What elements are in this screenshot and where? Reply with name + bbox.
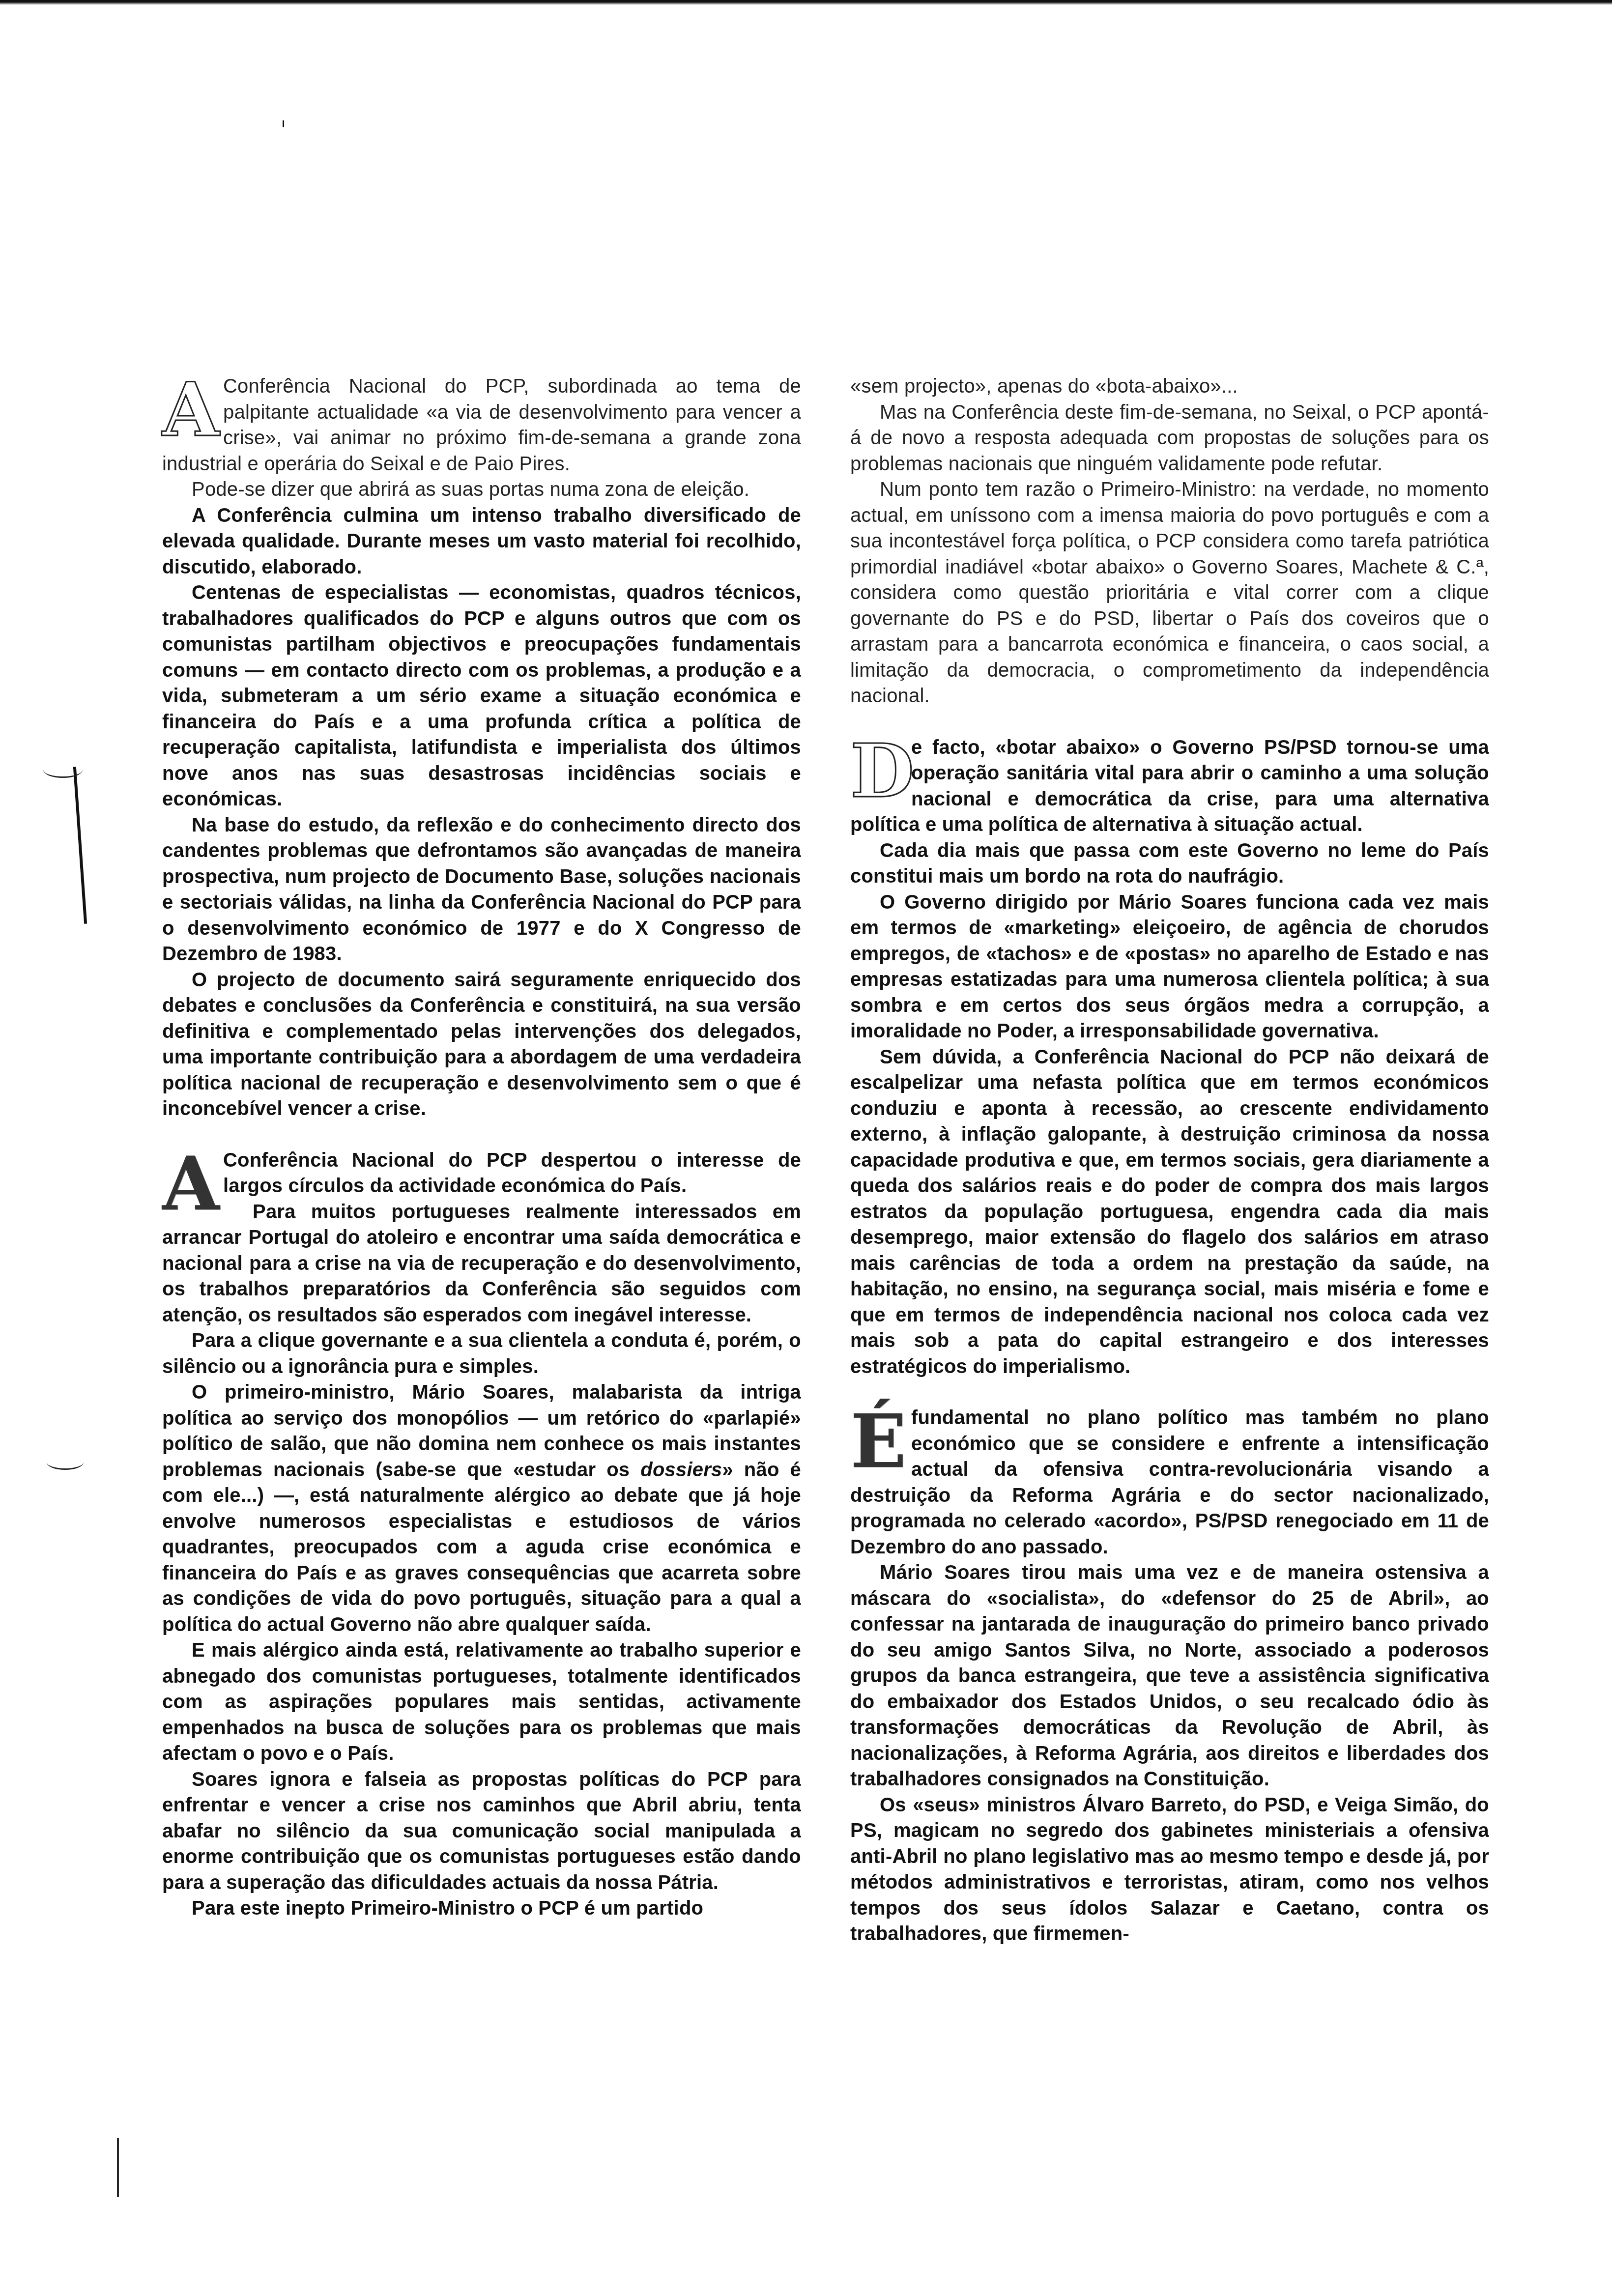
paragraph-text: fundamental no plano político mas também… — [850, 1407, 1489, 1558]
dropcap: D — [850, 737, 904, 810]
paragraph: O Governo dirigido por Mário Soares func… — [850, 890, 1489, 1044]
margin-curve-mark — [47, 1455, 84, 1470]
paragraph: O projecto de documento sairá segurament… — [162, 967, 801, 1122]
dropcap: A — [162, 1149, 216, 1223]
section-break: D e facto, «botar abaixo» o Governo PS/P… — [850, 735, 1489, 838]
paragraph: Para muitos portugueses realmente intere… — [162, 1199, 801, 1328]
paragraph: Pode-se dizer que abrirá as suas portas … — [162, 477, 801, 503]
paragraph: O primeiro-ministro, Mário Soares, malab… — [162, 1379, 801, 1637]
dropcap: A — [162, 375, 216, 449]
paragraph: Para a clique governante e a sua cliente… — [162, 1328, 801, 1379]
paragraph: Sem dúvida, a Conferência Nacional do PC… — [850, 1044, 1489, 1380]
margin-curve-mark — [43, 762, 83, 778]
italic-term: dossiers — [640, 1459, 722, 1481]
margin-bar-mark — [117, 2138, 119, 2197]
paragraph: A Conferência Nacional do PCP, subordina… — [162, 373, 801, 477]
section-break: A Conferência Nacional do PCP despertou … — [162, 1148, 801, 1199]
paragraph: Mário Soares tirou mais uma vez e de man… — [850, 1560, 1489, 1792]
paragraph: A Conferência culmina um intenso trabalh… — [162, 503, 801, 580]
dropcap: É — [850, 1407, 904, 1481]
paragraph-text: Conferência Nacional do PCP despertou o … — [223, 1149, 801, 1197]
article-column-left: A Conferência Nacional do PCP, subordina… — [162, 373, 801, 1922]
paragraph: Para este inepto Primeiro-Ministro o PCP… — [162, 1895, 801, 1922]
page-fold-mark — [73, 767, 87, 924]
paragraph: A Conferência Nacional do PCP despertou … — [162, 1148, 801, 1199]
paragraph: Na base do estudo, da reflexão e do conh… — [162, 812, 801, 967]
paragraph-text: Conferência Nacional do PCP, subordinada… — [162, 375, 801, 475]
paragraph-text: » não é com ele...) —, está naturalmente… — [162, 1459, 801, 1636]
article-column-right: «sem projecto», apenas do «bota-abaixo».… — [850, 373, 1489, 1947]
section-break: É fundamental no plano político mas tamb… — [850, 1405, 1489, 1560]
scan-speck — [283, 120, 284, 127]
paragraph: Os «seus» ministros Álvaro Barreto, do P… — [850, 1792, 1489, 1947]
paragraph: É fundamental no plano político mas tamb… — [850, 1405, 1489, 1560]
paragraph: Cada dia mais que passa com este Governo… — [850, 838, 1489, 890]
paragraph: «sem projecto», apenas do «bota-abaixo».… — [850, 373, 1489, 400]
paragraph: D e facto, «botar abaixo» o Governo PS/P… — [850, 735, 1489, 838]
scan-top-edge — [0, 0, 1612, 5]
paragraph: E mais alérgico ainda está, relativament… — [162, 1637, 801, 1767]
paragraph: Centenas de especialistas — economistas,… — [162, 580, 801, 812]
paragraph: Num ponto tem razão o Primeiro-Ministro:… — [850, 477, 1489, 709]
paragraph: Mas na Conferência deste fim-de-semana, … — [850, 400, 1489, 477]
paragraph: Soares ignora e falseia as propostas pol… — [162, 1767, 801, 1896]
paragraph-text: e facto, «botar abaixo» o Governo PS/PSD… — [850, 737, 1489, 836]
